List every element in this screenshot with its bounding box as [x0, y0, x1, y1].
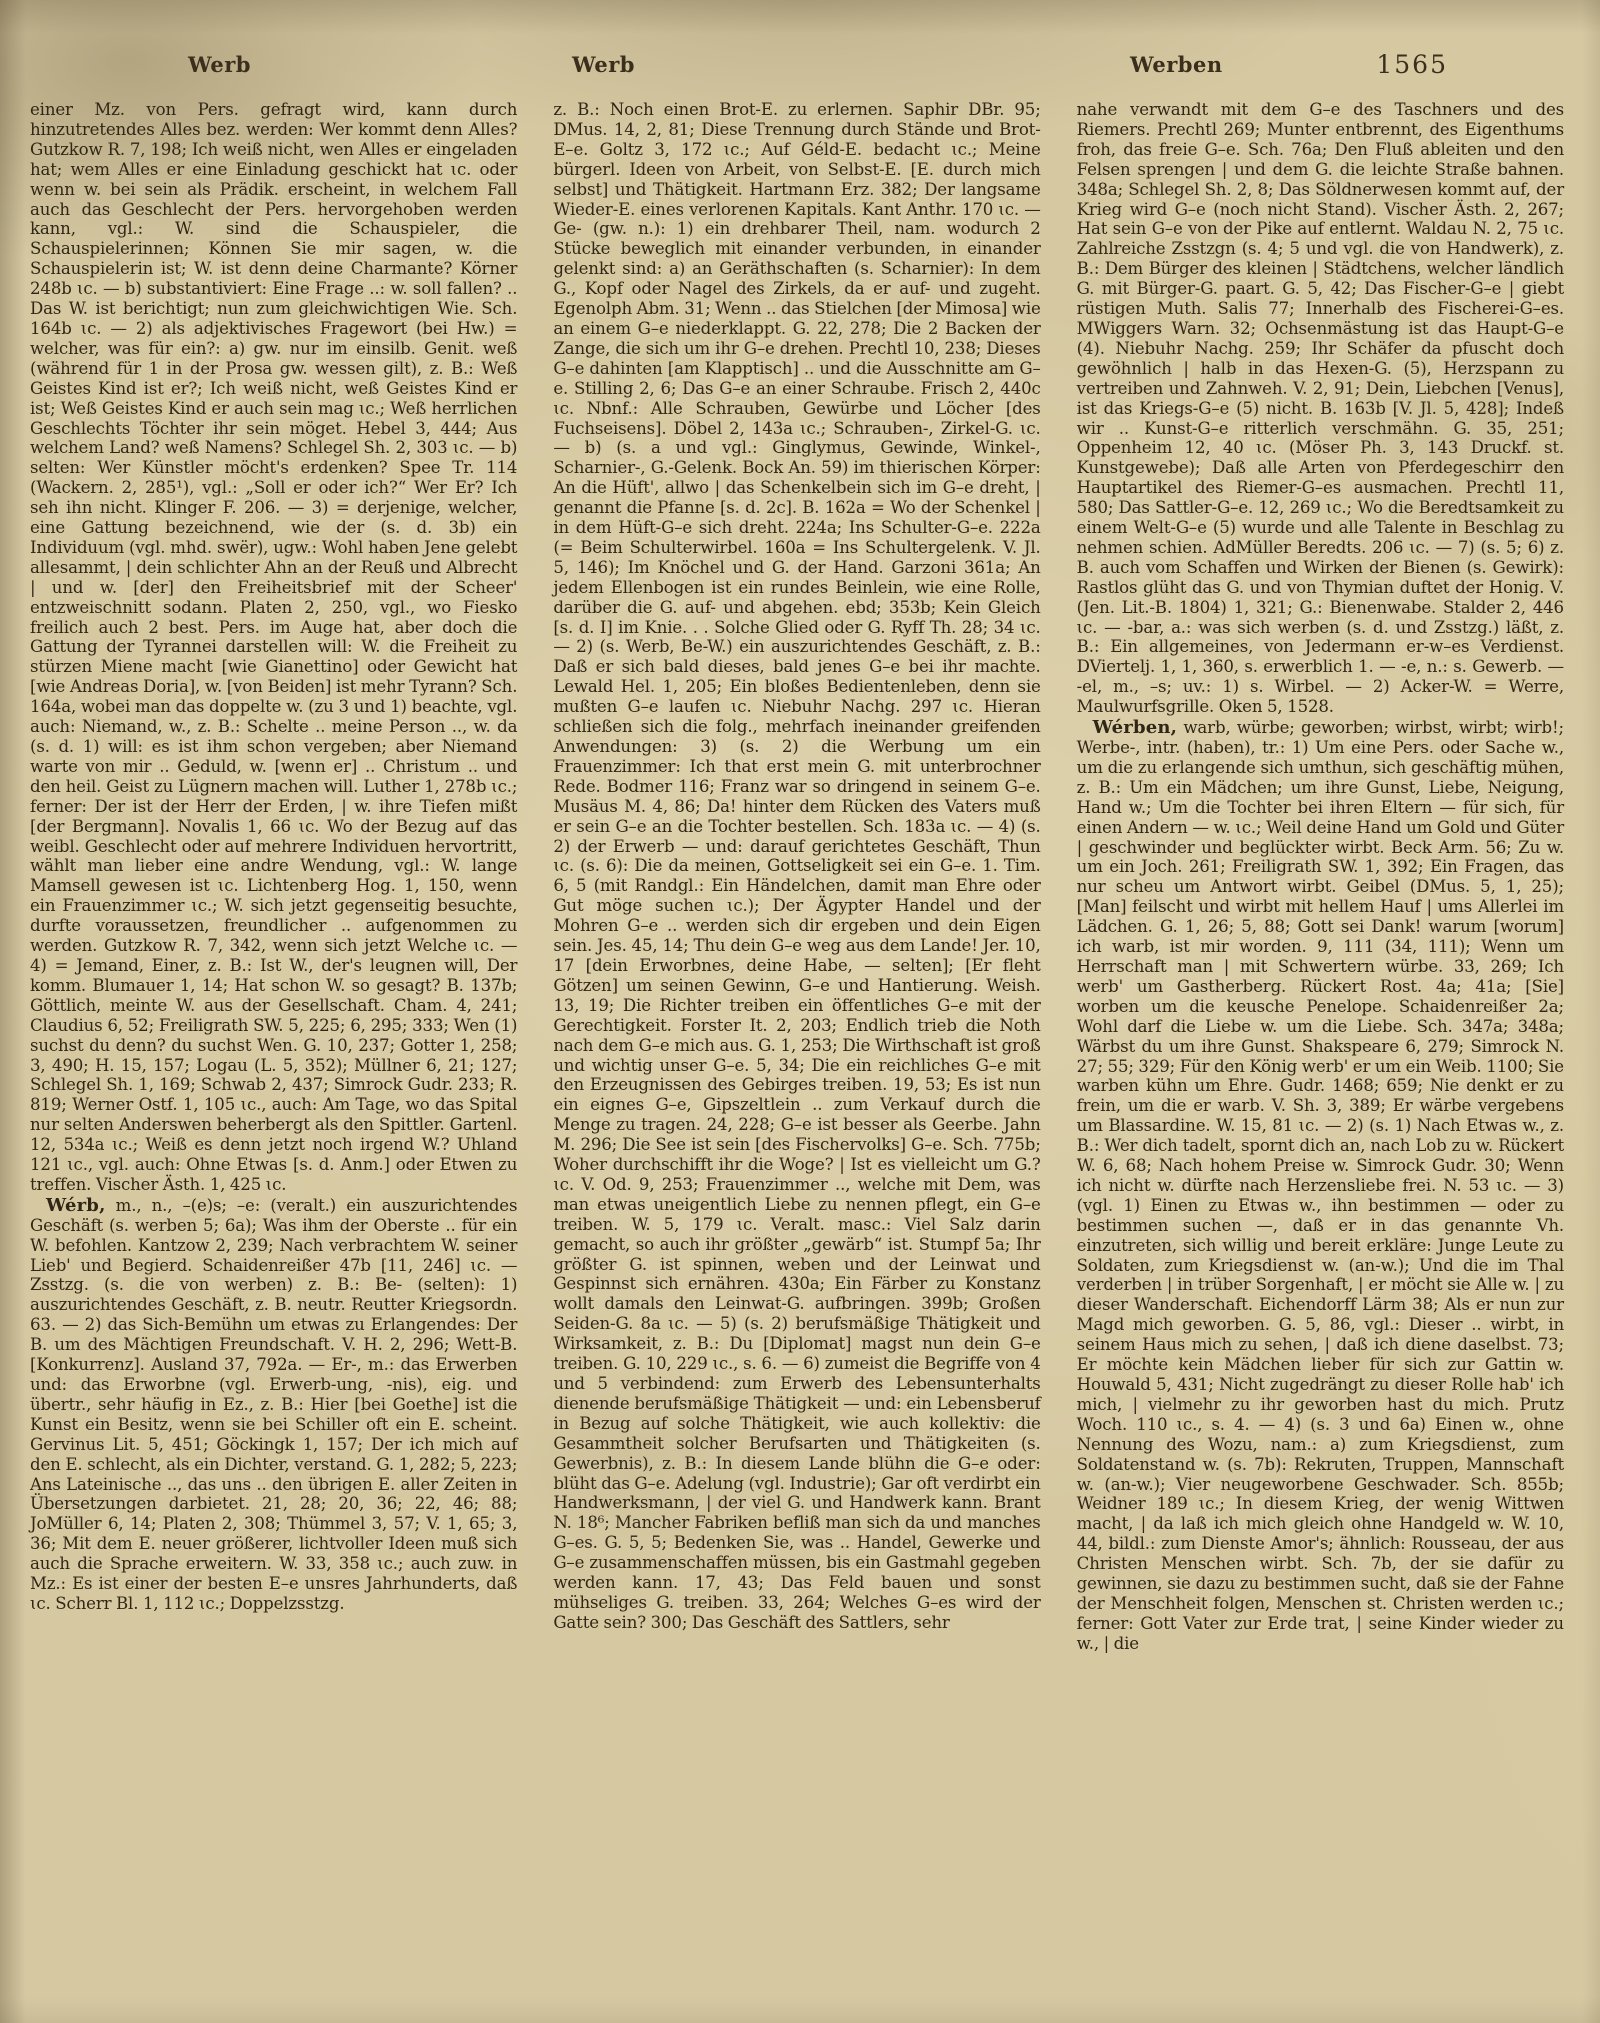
running-head-center: Werb: [572, 52, 635, 77]
text-paragraph: nahe verwandt mit dem G–e des Taschners …: [1077, 100, 1564, 717]
page-number: 1565: [1376, 50, 1448, 79]
dictionary-page: { "header": { "left": "Werb", "center": …: [0, 0, 1600, 2023]
text-area: einer Mz. von Pers. gefragt wird, kann d…: [30, 100, 1564, 1995]
text-paragraph: einer Mz. von Pers. gefragt wird, kann d…: [30, 100, 517, 1195]
running-head-right: Werben: [1130, 52, 1223, 77]
text-paragraph: z. B.: Noch einen Brot-E. zu erlernen. S…: [553, 100, 1040, 1633]
entry-headword: Wérben,: [1093, 717, 1177, 738]
entry-headword: Wérb,: [46, 1195, 106, 1216]
running-head-left: Werb: [188, 52, 251, 77]
column-3: nahe verwandt mit dem G–e des Taschners …: [1077, 100, 1564, 1995]
column-1: einer Mz. von Pers. gefragt wird, kann d…: [30, 100, 517, 1995]
entry-paragraph: Wérben, warb, würbe; geworben; wirbst, w…: [1077, 718, 1564, 1654]
column-2: z. B.: Noch einen Brot-E. zu erlernen. S…: [553, 100, 1040, 1995]
entry-paragraph: Wérb, m., n., –(e)s; –e: (veralt.) ein a…: [30, 1196, 517, 1614]
running-header: Werb Werb Werben 1565: [0, 52, 1600, 86]
